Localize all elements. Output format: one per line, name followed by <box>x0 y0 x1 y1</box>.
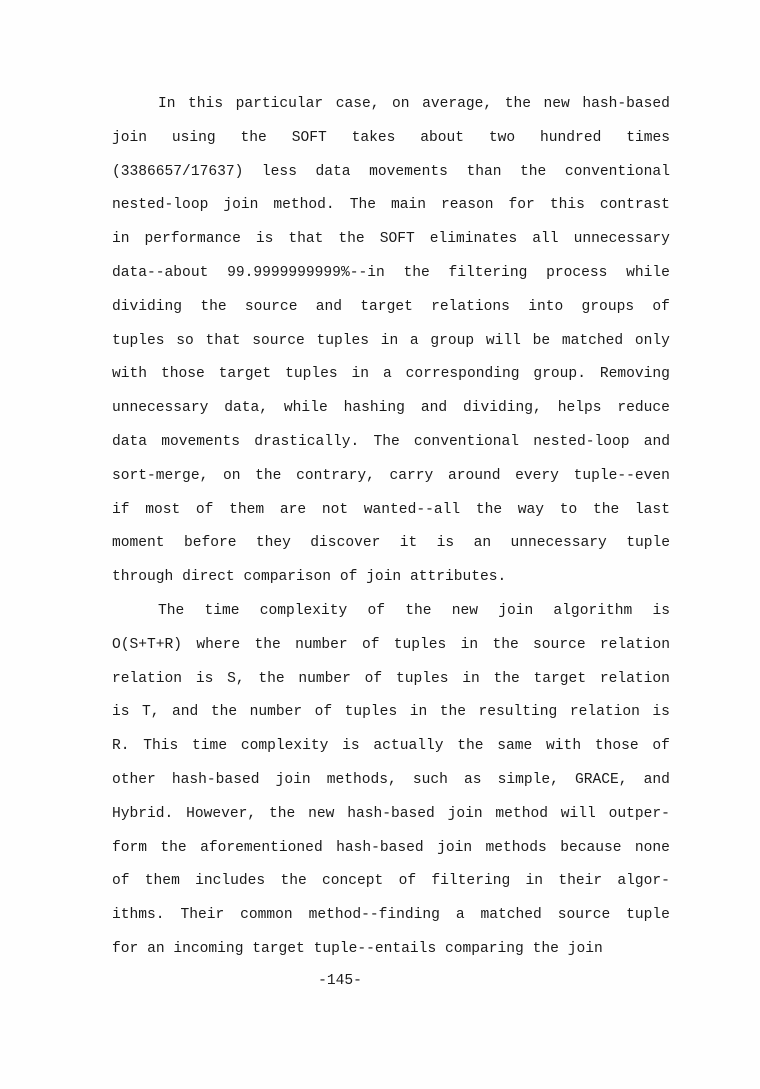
text-line: data--about99.9999999999%--inthefilterin… <box>112 261 670 295</box>
text-line: ofthemincludestheconceptoffilteringinthe… <box>112 869 670 903</box>
text-line: tuplessothatsourcetuplesinagroupwillbema… <box>112 329 670 363</box>
body-text: Inthisparticularcase,onaverage,thenewhas… <box>112 92 670 971</box>
text-line: (3386657/17637)lessdatamovementsthanthec… <box>112 160 670 194</box>
text-line: inperformanceisthattheSOFTeliminatesallu… <box>112 227 670 261</box>
text-line: Hybrid.However,thenewhash-basedjoinmetho… <box>112 802 670 836</box>
text-line: otherhash-basedjoinmethods,suchassimple,… <box>112 768 670 802</box>
text-line: foranincomingtargettuple--entailscompari… <box>112 937 670 971</box>
text-line: unnecessarydata,whilehashinganddividing,… <box>112 396 670 430</box>
text-line: dividingthesourceandtargetrelationsintog… <box>112 295 670 329</box>
text-line: sort-merge,onthecontrary,carryaroundever… <box>112 464 670 498</box>
text-line: R.Thistimecomplexityisactuallythesamewit… <box>112 734 670 768</box>
text-line: relationisS,thenumberoftuplesinthetarget… <box>112 667 670 701</box>
text-line: withthosetargettuplesinacorrespondinggro… <box>112 362 670 396</box>
page-number: -145- <box>0 973 680 989</box>
document-page: Inthisparticularcase,onaverage,thenewhas… <box>0 0 760 1089</box>
text-line: O(S+T+R)wherethenumberoftuplesinthesourc… <box>112 633 670 667</box>
text-line: ifmostofthemarenotwanted--allthewaytothe… <box>112 498 670 532</box>
text-line: throughdirectcomparisonofjoinattributes. <box>112 565 670 599</box>
text-line: joinusingtheSOFTtakesabouttwohundredtime… <box>112 126 670 160</box>
text-line: momentbeforetheydiscoveritisanunnecessar… <box>112 531 670 565</box>
text-line: Inthisparticularcase,onaverage,thenewhas… <box>112 92 670 126</box>
text-line: nested-loopjoinmethod.Themainreasonforth… <box>112 193 670 227</box>
text-line: ithms.Theircommonmethod--findingamatched… <box>112 903 670 937</box>
text-line: isT,andthenumberoftuplesintheresultingre… <box>112 700 670 734</box>
text-line: Thetimecomplexityofthenewjoinalgorithmis <box>112 599 670 633</box>
text-line: datamovementsdrastically.Theconventional… <box>112 430 670 464</box>
text-line: formtheaforementionedhash-basedjoinmetho… <box>112 836 670 870</box>
